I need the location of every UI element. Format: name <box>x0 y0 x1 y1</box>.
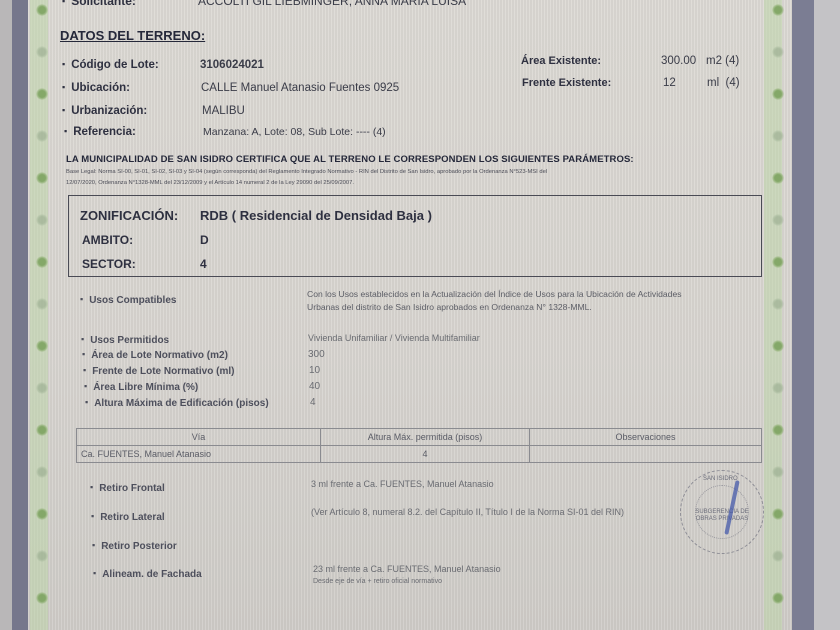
window-frame-right <box>792 0 814 630</box>
sector-value: 4 <box>200 257 207 271</box>
security-seal-icon <box>772 256 784 268</box>
lot-code-label: Código de Lote: <box>62 59 159 71</box>
front-setback-value: 3 ml frente a Ca. FUENTES, Manuel Atanas… <box>311 479 494 489</box>
min-free-area-label: Área Libre Mínima (%) <box>84 382 198 393</box>
table-row: Ca. FUENTES, Manuel Atanasio 4 <box>77 446 762 463</box>
side-setback-value: (Ver Artículo 8, numeral 8.2. del Capítu… <box>311 507 624 517</box>
certification-title: LA MUNICIPALIDAD DE SAN ISIDRO CERTIFICA… <box>66 154 634 165</box>
security-seal-icon <box>36 550 48 562</box>
normative-lot-front-value: 10 <box>309 365 320 376</box>
location-value: CALLE Manuel Atanasio Fuentes 0925 <box>201 82 399 94</box>
section-title: DATOS DEL TERRENO: <box>60 28 205 43</box>
height-by-street-table: Vía Altura Máx. permitida (pisos) Observ… <box>76 428 762 463</box>
ambito-value: D <box>200 233 209 247</box>
security-seal-icon <box>36 382 48 394</box>
official-stamp: SAN ISIDRO SUBGERENCIA DE OBRAS PRIVADAS <box>680 470 764 554</box>
facade-alignment-note: Desde eje de vía + retiro oficial normat… <box>313 578 442 585</box>
existing-front-label: Frente Existente: <box>522 77 611 89</box>
security-seal-icon <box>772 466 784 478</box>
security-seal-icon <box>36 340 48 352</box>
location-label: Ubicación: <box>62 82 130 94</box>
cell-via: Ca. FUENTES, Manuel Atanasio <box>77 446 321 463</box>
security-seal-icon <box>772 592 784 604</box>
compatible-uses-label: Usos Compatibles <box>80 295 176 306</box>
normative-lot-front-label: Frente de Lote Normativo (ml) <box>83 366 234 377</box>
existing-front-value: 12 <box>663 77 676 89</box>
urbanization-label: Urbanización: <box>62 105 147 117</box>
stamp-top-text: SAN ISIDRO <box>703 476 738 482</box>
table-header-row: Vía Altura Máx. permitida (pisos) Observ… <box>77 429 762 446</box>
min-free-area-value: 40 <box>309 381 320 392</box>
legal-basis-line-2: 12/07/2020, Ordenanza N°1328-MML del 23/… <box>66 180 354 186</box>
lot-code-value: 3106024021 <box>200 59 264 71</box>
security-seal-icon <box>36 88 48 100</box>
zoning-label: ZONIFICACIÓN: <box>80 208 178 223</box>
applicant-value: ACCOLTI GIL LIEBMINGER, ANNA MARIA LUISA <box>198 0 466 8</box>
security-seal-icon <box>36 424 48 436</box>
legal-basis-line-1: Base Legal: Norma SI-00, SI-01, SI-02, S… <box>66 169 547 175</box>
column-header-via: Vía <box>77 429 321 446</box>
security-seal-icon <box>772 46 784 58</box>
security-seal-icon <box>772 298 784 310</box>
existing-front-unit: ml (4) <box>707 77 740 89</box>
ambito-label: AMBITO: <box>82 233 133 247</box>
certificate-document <box>28 0 792 630</box>
security-seal-icon <box>36 172 48 184</box>
security-seal-icon <box>772 550 784 562</box>
security-seal-icon <box>772 508 784 520</box>
urbanization-value: MALIBU <box>202 105 245 117</box>
security-seal-icon <box>36 466 48 478</box>
security-seal-icon <box>772 4 784 16</box>
security-seal-icon <box>36 256 48 268</box>
security-seal-icon <box>772 214 784 226</box>
permitted-uses-value: Vivienda Unifamiliar / Vivienda Multifam… <box>308 333 480 343</box>
existing-area-value: 300.00 <box>661 55 696 67</box>
sector-label: SECTOR: <box>82 257 136 271</box>
security-seal-icon <box>772 130 784 142</box>
security-seal-icon <box>36 592 48 604</box>
zoning-value: RDB ( Residencial de Densidad Baja ) <box>200 208 432 223</box>
max-height-label: Altura Máxima de Edificación (pisos) <box>85 398 269 409</box>
security-seal-icon <box>36 298 48 310</box>
normative-lot-area-label: Área de Lote Normativo (m2) <box>82 350 228 361</box>
stamp-center-text: SUBGERENCIA DE OBRAS PRIVADAS <box>695 509 749 523</box>
normative-lot-area-value: 300 <box>308 349 325 360</box>
monitor-bezel-left <box>0 0 12 630</box>
security-seal-icon <box>772 340 784 352</box>
rear-setback-label: Retiro Posterior <box>92 541 177 552</box>
security-seal-icon <box>772 424 784 436</box>
existing-area-label: Área Existente: <box>521 55 601 67</box>
max-height-value: 4 <box>310 397 316 408</box>
applicant-label: Solicitante: <box>62 0 136 8</box>
side-setback-label: Retiro Lateral <box>91 512 165 523</box>
security-seal-icon <box>772 382 784 394</box>
facade-alignment-label: Alineam. de Fachada <box>93 569 202 580</box>
column-header-max-height: Altura Máx. permitida (pisos) <box>321 429 530 446</box>
security-seal-icon <box>772 88 784 100</box>
security-seal-icon <box>36 508 48 520</box>
cell-max-height: 4 <box>321 446 530 463</box>
security-seal-icon <box>36 46 48 58</box>
security-seal-icon <box>36 4 48 16</box>
existing-area-unit: m2 (4) <box>706 55 739 67</box>
security-seal-icon <box>36 214 48 226</box>
monitor-bezel-right <box>814 0 840 630</box>
security-seal-icon <box>772 172 784 184</box>
cell-observations <box>530 446 762 463</box>
permitted-uses-label: Usos Permitidos <box>81 335 169 346</box>
facade-alignment-value: 23 ml frente a Ca. FUENTES, Manuel Atana… <box>313 564 501 574</box>
compatible-uses-value: Con los Usos establecidos en la Actualiz… <box>307 288 707 314</box>
window-frame-left <box>12 0 28 630</box>
column-header-observations: Observaciones <box>530 429 762 446</box>
reference-label: Referencia: <box>64 126 136 138</box>
security-seal-icon <box>36 130 48 142</box>
front-setback-label: Retiro Frontal <box>90 483 165 494</box>
reference-value: Manzana: A, Lote: 08, Sub Lote: ---- (4) <box>203 126 386 138</box>
